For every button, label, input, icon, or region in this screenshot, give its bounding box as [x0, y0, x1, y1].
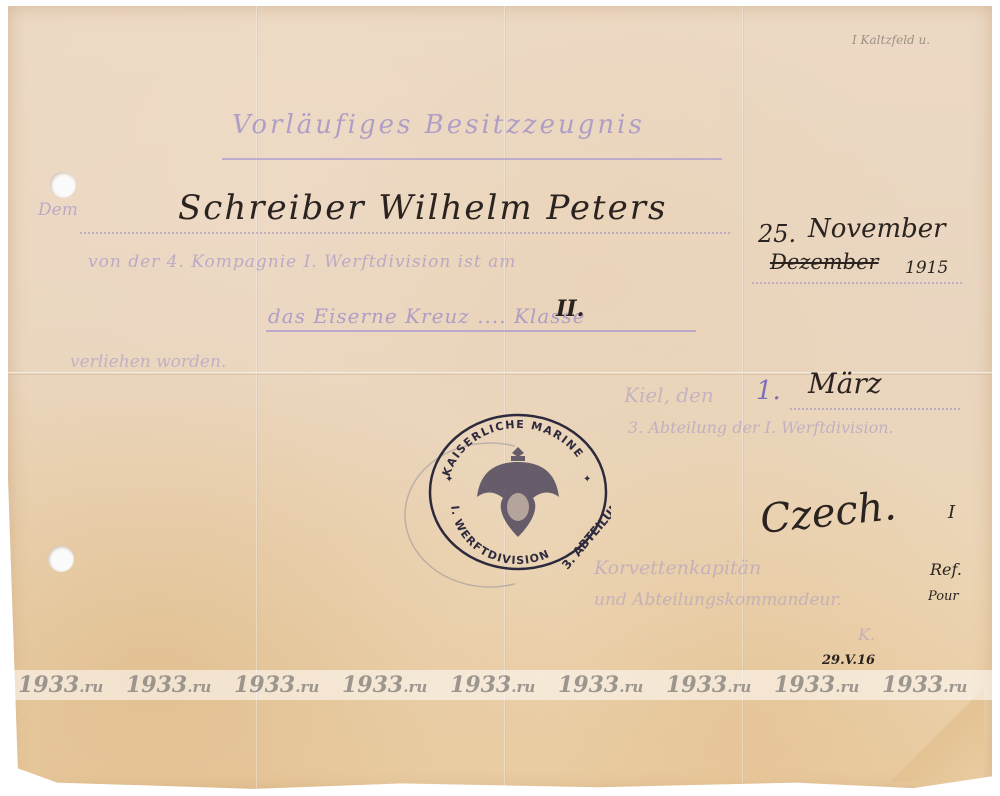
watermark-band: 1933.ru1933.ru1933.ru1933.ru1933.ru1933.… — [8, 670, 992, 700]
title-underline — [222, 158, 722, 160]
folded-corner — [889, 687, 984, 782]
issue-place: Kiel, den — [624, 383, 714, 407]
award-class: II. — [556, 296, 584, 322]
watermark-text: 1933.ru — [656, 672, 764, 698]
award-date-month: November — [808, 214, 946, 244]
recipient-name: Schreiber Wilhelm Peters — [178, 188, 667, 228]
watermark-text: 1933.ru — [224, 672, 332, 698]
handwritten-date: 29.V.16 — [822, 653, 875, 668]
award-date-year: 1915 — [905, 258, 948, 278]
svg-text:✦: ✦ — [445, 474, 453, 485]
watermark-text: 1933.ru — [872, 672, 980, 698]
issue-month: März — [808, 367, 882, 400]
dotted-line — [80, 232, 730, 234]
signature-roman-numeral: I — [948, 502, 955, 523]
reference-note: Ref. — [930, 560, 962, 579]
dotted-line — [790, 408, 960, 410]
struck-month: Dezember — [770, 250, 879, 274]
punch-hole — [50, 172, 76, 198]
award-date-day: 25. — [758, 220, 796, 248]
watermark-text: 1933.ru — [8, 672, 116, 698]
corner-pencil-note: I Kaltzfeld u. — [852, 33, 930, 47]
watermark-text: 1933.ru — [548, 672, 656, 698]
initial-mark: K. — [858, 625, 875, 644]
reference-note-2: Pour — [928, 589, 959, 604]
issue-day: 1. — [756, 376, 781, 406]
official-stamp: KAISERLICHE MARINE I. WERFTDIVISION 3. A… — [425, 412, 611, 572]
issuing-department: 3. Abteilung der I. Werftdivision. — [628, 418, 894, 437]
signer-rank: Korvettenkapitän — [594, 557, 761, 579]
signer-role: und Abteilungskommandeur. — [594, 590, 842, 610]
watermark-text: 1933.ru — [116, 672, 224, 698]
punch-hole — [48, 546, 74, 572]
unit-line: von der 4. Kompagnie I. Werftdivision is… — [88, 252, 516, 272]
award-line: das Eiserne Kreuz .... Klasse — [268, 304, 586, 328]
eagle-emblem-icon — [477, 447, 559, 537]
svg-text:✦: ✦ — [583, 474, 591, 485]
watermark-text: 1933.ru — [440, 672, 548, 698]
dotted-line — [752, 282, 962, 284]
stamp-bottom-text: I. WERFTDIVISION — [448, 505, 552, 567]
preamble-text: Dem — [38, 200, 78, 220]
svg-text:I. WERFTDIVISION: I. WERFTDIVISION — [448, 505, 552, 567]
watermark-text: 1933.ru — [332, 672, 440, 698]
document-title: Vorläufiges Besitzzeugnis — [232, 110, 645, 140]
verliehen-text: verliehen worden. — [70, 352, 226, 372]
watermark-text: 1933.ru — [764, 672, 872, 698]
award-underline — [266, 330, 696, 332]
